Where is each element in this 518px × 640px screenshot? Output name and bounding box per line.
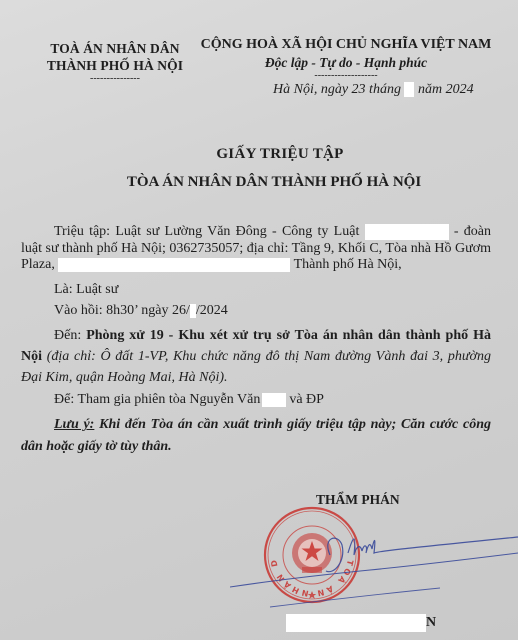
redacted-address: [58, 258, 290, 272]
court-name-line1: TOÀ ÁN NHÂN DÂN: [30, 40, 200, 57]
header-left-divider: ---------------: [30, 74, 200, 84]
summon-part1: Triệu tập: Luật sư Lường Văn Đông - Công…: [54, 224, 359, 239]
document-issuer: TÒA ÁN NHÂN DÂN THÀNH PHỐ HÀ NỘI: [0, 174, 518, 191]
location-label: Đến:: [54, 328, 81, 343]
document-body: Triệu tập: Luật sư Lường Văn Đông - Công…: [21, 224, 491, 458]
time-prefix: Vào hồi: 8h30’ ngày 26/: [54, 303, 190, 318]
date-prefix: Hà Nội, ngày 23 tháng: [273, 82, 401, 97]
redacted-judge-name: [286, 614, 426, 632]
court-address: (địa chỉ: Ô đất 1-VP, Khu chức năng đô t…: [21, 349, 491, 385]
judge-signature: [230, 515, 518, 615]
purpose-prefix: Để: Tham gia phiên tòa Nguyễn Văn: [54, 392, 260, 407]
date-suffix: năm 2024: [418, 82, 474, 97]
issuing-court-header: TOÀ ÁN NHÂN DÂN THÀNH PHỐ HÀ NỘI -------…: [30, 40, 200, 84]
location-paragraph: Đến: Phòng xử 19 - Khu xét xử trụ sở Tòa…: [21, 325, 491, 388]
judge-name-visible-suffix: N: [426, 615, 436, 630]
header-right-divider: -------------------: [196, 72, 496, 80]
national-motto-header: CỘNG HOÀ XÃ HỘI CHỦ NGHĨA VIỆT NAM Độc l…: [196, 36, 496, 80]
country-name: CỘNG HOÀ XÃ HỘI CHỦ NGHĨA VIỆT NAM: [196, 36, 496, 54]
redacted-month: [404, 82, 414, 97]
summon-part3: Thành phố Hà Nội,: [294, 257, 402, 272]
document-title: GIẤY TRIỆU TẬP: [0, 146, 518, 163]
note-label: Lưu ý:: [54, 417, 94, 432]
judge-name: N: [286, 614, 436, 632]
appointment-time: Vào hồi: 8h30’ ngày 26//2024: [21, 303, 491, 320]
summon-paragraph: Triệu tập: Luật sư Lường Văn Đông - Công…: [21, 224, 491, 274]
role-line: Là: Luật sư: [21, 282, 491, 299]
redacted-defendant-name: [262, 393, 286, 407]
note-paragraph: Lưu ý: Khi đến Tòa án cần xuất trình giấ…: [21, 414, 491, 458]
purpose-suffix: và ĐP: [289, 392, 324, 407]
court-name-line2: THÀNH PHỐ HÀ NỘI: [30, 57, 200, 74]
purpose-line: Để: Tham gia phiên tòa Nguyễn Văn và ĐP: [21, 392, 491, 409]
issue-date: Hà Nội, ngày 23 tháng năm 2024: [273, 82, 474, 98]
redacted-firm-name: [365, 224, 449, 240]
time-suffix: /2024: [196, 303, 228, 318]
